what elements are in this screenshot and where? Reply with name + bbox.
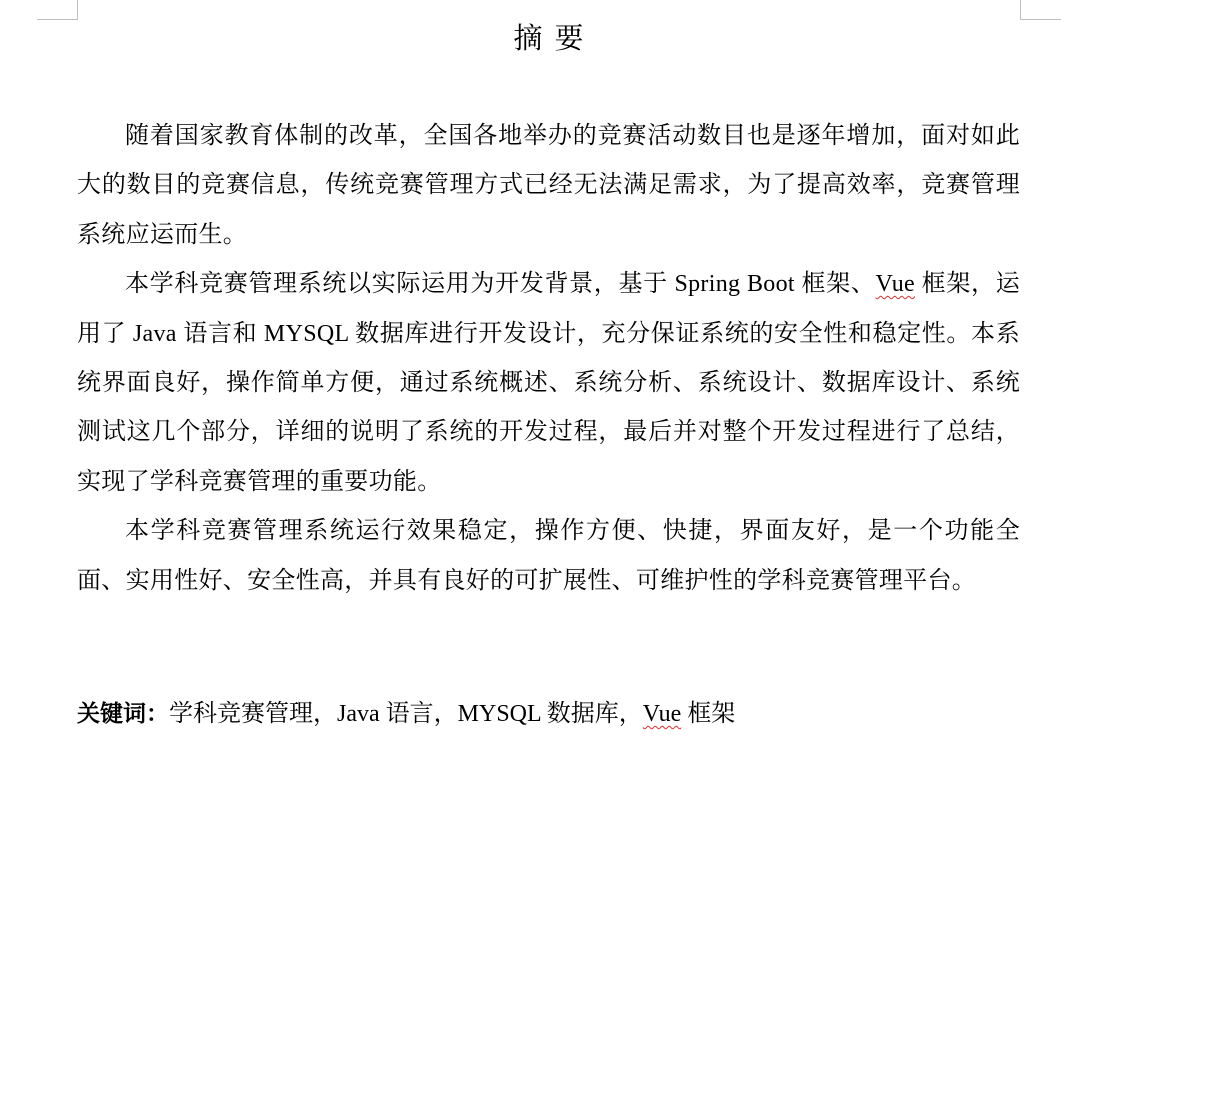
paragraph-text: 随着国家教育体制的改革，全国各地举办的竞赛活动数目也是逐年增加，面对如此大的数目… [77, 123, 1020, 248]
abstract-body: 随着国家教育体制的改革，全国各地举办的竞赛活动数目也是逐年增加，面对如此大的数目… [77, 112, 1020, 606]
keywords-text: 学科竞赛管理，Java 语言，MYSQL 数据库， [169, 701, 643, 727]
spellcheck-flagged-word[interactable]: Vue [643, 701, 682, 727]
abstract-title: 摘要 [77, 18, 1020, 58]
page-corner-mark-top-left [37, 0, 78, 20]
abstract-paragraph-1: 随着国家教育体制的改革，全国各地举办的竞赛活动数目也是逐年增加，面对如此大的数目… [77, 112, 1020, 260]
paragraph-text: 框架，运用了 Java 语言和 MYSQL 数据库进行开发设计，充分保证系统的安… [77, 271, 1020, 495]
spellcheck-flagged-word[interactable]: Vue [876, 271, 915, 297]
paragraph-text: 本学科竞赛管理系统运行效果稳定，操作方便、快捷，界面友好，是一个功能全面、实用性… [77, 518, 1020, 593]
paragraph-text: 本学科竞赛管理系统以实际运用为开发背景，基于 Spring Boot 框架、 [125, 271, 876, 297]
page-corner-mark-top-right [1020, 0, 1061, 20]
keywords-label: 关键词： [77, 701, 169, 727]
abstract-paragraph-3: 本学科竞赛管理系统运行效果稳定，操作方便、快捷，界面友好，是一个功能全面、实用性… [77, 507, 1020, 606]
keywords-text-end: 框架 [681, 701, 735, 727]
abstract-paragraph-2: 本学科竞赛管理系统以实际运用为开发背景，基于 Spring Boot 框架、Vu… [77, 260, 1020, 507]
keywords-line: 关键词：学科竞赛管理，Java 语言，MYSQL 数据库，Vue 框架 [77, 692, 1020, 736]
